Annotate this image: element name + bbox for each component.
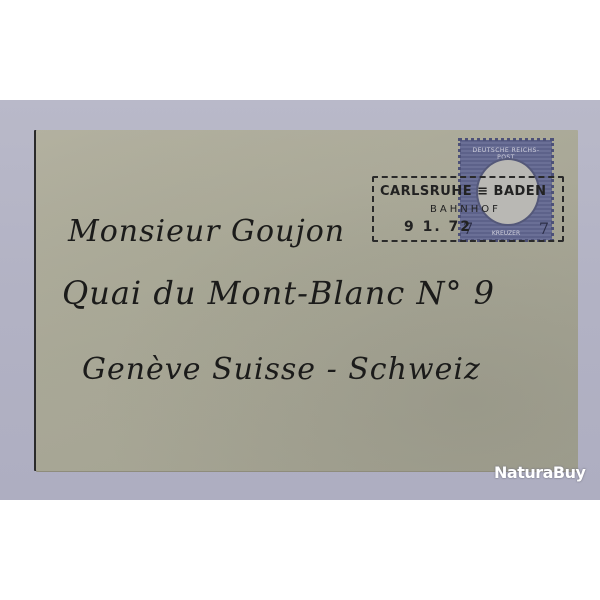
postmark: CARLSRUHE ≡ BADEN BAHNHOF 9 1. 72: [372, 176, 564, 242]
naturabuy-watermark: NaturaBuy: [494, 463, 585, 482]
postmark-date: 9 1. 72: [404, 219, 472, 235]
postmark-city: CARLSRUHE ≡ BADEN: [380, 184, 547, 199]
postmark-station: BAHNHOF: [430, 204, 501, 215]
address-recipient: Monsieur Goujon: [68, 214, 345, 249]
address-city-country: Genève Suisse - Schweiz: [82, 352, 481, 387]
address-street: Quai du Mont-Blanc N° 9: [62, 274, 495, 312]
